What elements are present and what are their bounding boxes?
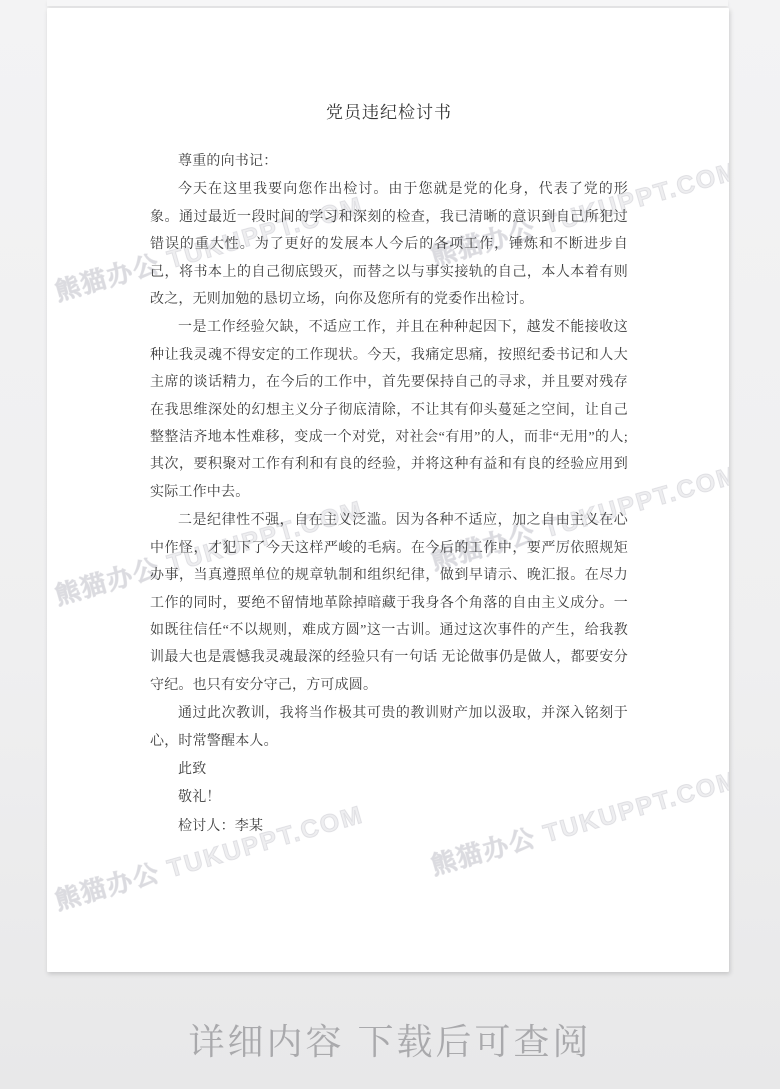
document-page: 熊猫办公 TUKUPPT.COM 熊猫办公 TUKUPPT.COM 熊猫办公 T… [47, 8, 729, 972]
previous-page-edge [47, 0, 728, 6]
paragraph-1: 今天在这里我要向您作出检讨。由于您就是党的化身，代表了党的形象。通过最近一段时间… [150, 176, 628, 313]
closing-cizhi: 此致 [150, 756, 628, 783]
document-title: 党员违纪检讨书 [150, 98, 628, 123]
download-notice: 详细内容 下载后可查阅 [0, 1014, 780, 1065]
preview-canvas: 熊猫办公 TUKUPPT.COM 熊猫办公 TUKUPPT.COM 熊猫办公 T… [0, 0, 780, 1089]
document-body: 党员违纪检讨书 尊重的向书记： 今天在这里我要向您作出检讨。由于您就是党的化身，… [150, 8, 628, 841]
salutation-line: 尊重的向书记： [150, 148, 628, 175]
paragraph-2: 一是工作经验欠缺，不适应工作，并且在种种起因下，越发不能接收这种让我灵魂不得安定… [150, 314, 628, 506]
paragraph-3: 二是纪律性不强，自在主义泛滥。因为各种不适应，加之自由主义在心中作怪，才犯下了今… [150, 507, 628, 699]
paragraph-4: 通过此次教训，我将当作极其可贵的教训财产加以汲取，并深入铭刻于心，时常警醒本人。 [150, 700, 628, 755]
closing-jingli: 敬礼！ [150, 784, 628, 811]
signature-line: 检讨人：李某 [150, 813, 628, 840]
